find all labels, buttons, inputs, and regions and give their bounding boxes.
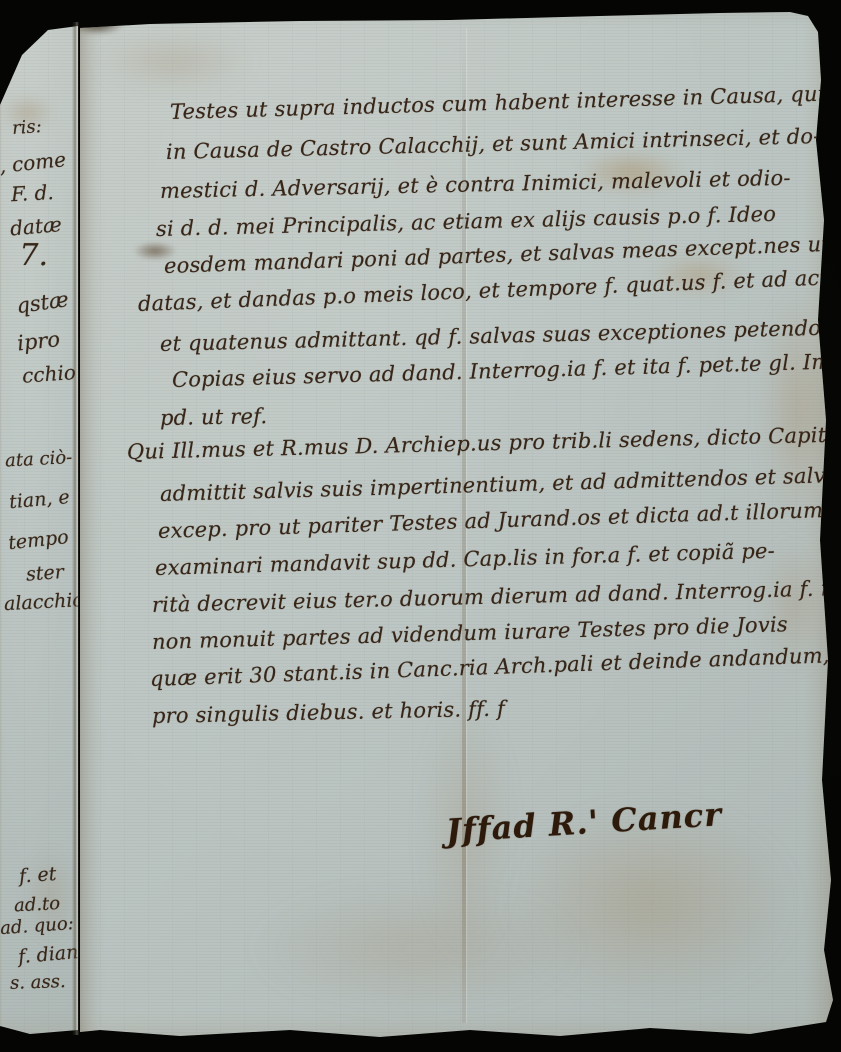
- manuscript-line: mestici d. Adversarij, et è contra Inimi…: [160, 166, 791, 203]
- left-page-text-fragment: qstæ: [14, 287, 69, 318]
- burn-mark: [72, 17, 122, 34]
- left-page-text-fragment: 7.: [19, 238, 48, 273]
- scan-background: ris: , come F. d. datæ 7. qstæ ipro cchi…: [0, 0, 841, 1052]
- chancellor-signature: Jffad R.' Cancr: [445, 795, 723, 850]
- page-fold-crease: [72, 22, 79, 1035]
- manuscript-line: si d. d. mei Principalis, ac etiam ex al…: [156, 202, 777, 241]
- left-page-text-fragment: tempo: [7, 526, 69, 554]
- left-page-text-fragment: ad. quo:: [0, 913, 75, 939]
- paper-stain: [251, 888, 581, 1008]
- paper-stain: [94, 32, 254, 92]
- left-page-text-fragment: ster: [26, 561, 65, 586]
- manuscript-line: rità decrevit eius ter.o duorum dierum a…: [152, 576, 841, 617]
- left-page-text-fragment: ad.to: [13, 893, 60, 916]
- left-page-text-fragment: ata ciò-: [4, 447, 72, 471]
- left-page-text-fragment: datæ: [10, 212, 63, 240]
- left-page-text-fragment: ris:: [12, 116, 43, 139]
- left-page-text-fragment: f. et: [18, 863, 57, 888]
- manuscript-line: pd. ut ref.: [160, 404, 268, 430]
- left-page-text-fragment: F. d.: [11, 180, 55, 206]
- manuscript-line: admittit salvis suis impertinentium, et …: [160, 463, 841, 506]
- left-page-text-fragment: tian, e: [9, 486, 71, 513]
- manuscript-line: pro singulis diebus. et horis. ff. f: [152, 697, 506, 728]
- left-page-text-fragment: f. dian: [17, 941, 79, 968]
- left-page-text-fragment: s. ass.: [10, 971, 66, 994]
- left-page-text-fragment: ipro: [16, 327, 61, 355]
- manuscript-line: Copias eius servo ad dand. Interrog.ia f…: [172, 349, 841, 392]
- left-page-edge: ris: , come F. d. datæ 7. qstæ ipro cchi…: [0, 0, 78, 1052]
- left-page-text-fragment: cchio: [22, 360, 77, 388]
- manuscript-page: Testes ut supra inductos cum habent inte…: [76, 0, 841, 1052]
- manuscript-line: et quatenus admittant. qd f. salvas suas…: [160, 316, 822, 356]
- manuscript-line: Testes ut supra inductos cum habent inte…: [170, 80, 841, 124]
- left-page-text-fragment: , come: [0, 147, 67, 178]
- manuscript-line: excep. pro ut pariter Testes ad Jurand.o…: [158, 498, 824, 543]
- manuscript-line: in Causa de Castro Calacchij, et sunt Am…: [166, 124, 821, 164]
